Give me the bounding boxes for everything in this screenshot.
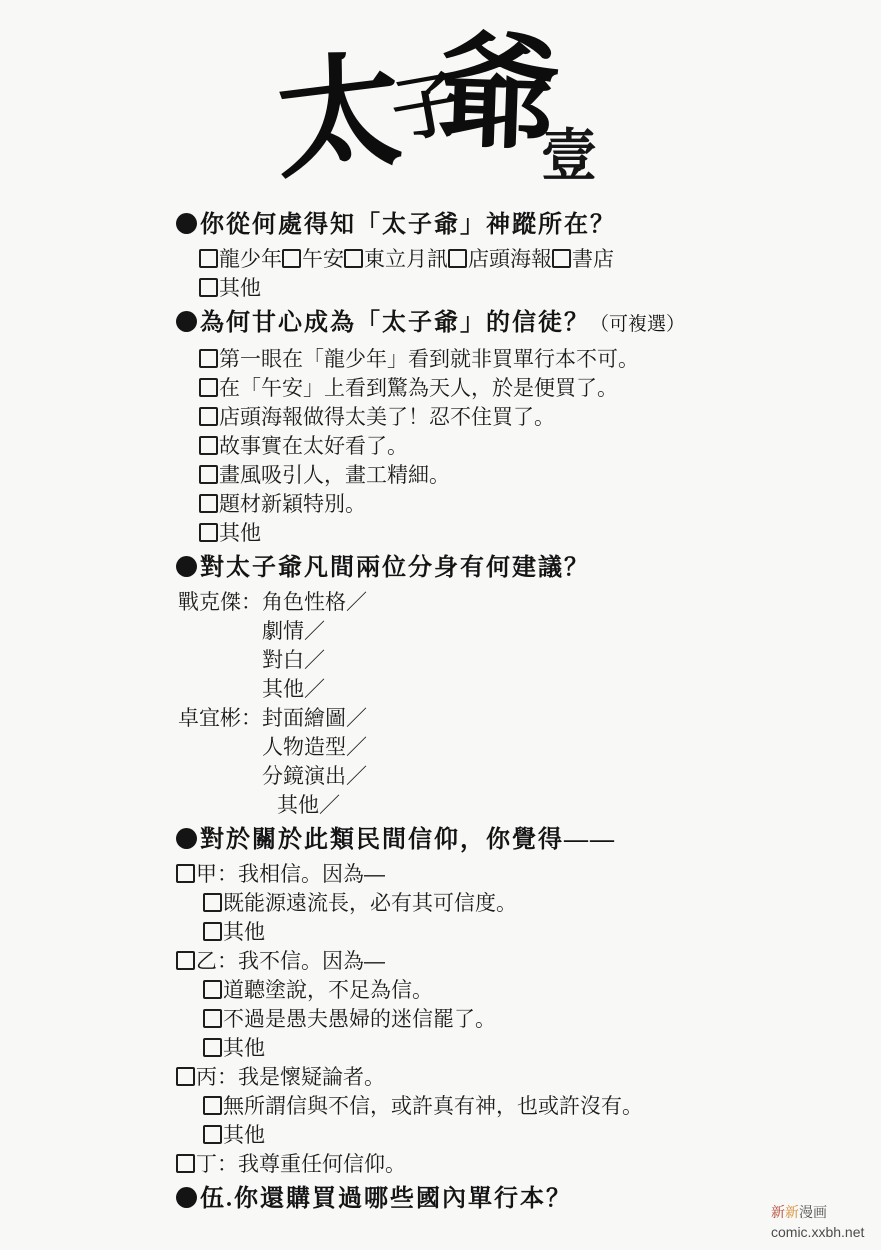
question-3-heading: 對太子爺凡間兩位分身有何建議？ xyxy=(176,548,881,588)
question-4-heading-text: 對於關於此類民間信仰，你覺得—— xyxy=(200,827,616,853)
option-label: 不過是愚夫愚婦的迷信罷了。 xyxy=(223,1008,496,1031)
option-label: 午安 xyxy=(302,248,344,271)
question-4-suboption: 既能源遠流長，必有其可信度。 xyxy=(203,889,881,918)
question-2-note: （可複選） xyxy=(590,314,685,335)
checkbox xyxy=(176,1067,195,1086)
person-name: 戰克傑： xyxy=(178,591,262,614)
group-label: 甲：我相信。因為— xyxy=(196,863,385,886)
option-label: 其他 xyxy=(223,1037,265,1060)
question-2-option: 店頭海報做得太美了！忍不住買了。 xyxy=(199,403,881,432)
section-bullet-icon xyxy=(176,311,197,332)
question-2-option: 畫風吸引人，畫工精細。 xyxy=(199,461,881,490)
option-label: 在「午安」上看到驚為天人，於是便買了。 xyxy=(219,377,618,400)
person-name: 卓宜彬： xyxy=(178,707,262,730)
checkbox xyxy=(344,249,363,268)
suggestion-field: 角色性格／ xyxy=(262,591,367,614)
checkbox xyxy=(176,1154,195,1173)
checkbox xyxy=(199,349,218,368)
question-4-suboption: 其他 xyxy=(203,918,881,947)
option-label: 其他 xyxy=(219,522,261,545)
section-bullet-icon xyxy=(176,556,197,577)
question-4-group-a: 甲：我相信。因為— xyxy=(176,860,881,889)
suggestion-field-row: 其他／ xyxy=(262,675,881,704)
group-label: 乙：我不信。因為— xyxy=(196,950,385,973)
checkbox xyxy=(203,893,222,912)
group-label: 丙：我是懷疑論者。 xyxy=(196,1066,385,1089)
site-brand-char-2: 新 xyxy=(785,1204,799,1220)
section-bullet-icon xyxy=(176,213,197,234)
checkbox xyxy=(203,1096,222,1115)
question-1-options-row: 龍少年午安東立月訊店頭海報書店 xyxy=(199,245,881,274)
checkbox xyxy=(176,864,195,883)
title-block: 太 子 爺 壹 xyxy=(0,0,881,205)
suggestion-field-row: 分鏡演出／ xyxy=(262,762,881,791)
suggestion-field-row: 其他／ xyxy=(277,791,881,820)
checkbox xyxy=(199,249,218,268)
checkbox xyxy=(203,980,222,999)
question-4-group-d: 丁：我尊重任何信仰。 xyxy=(176,1150,881,1179)
option-label: 龍少年 xyxy=(219,248,282,271)
section-bullet-icon xyxy=(176,1187,197,1208)
checkbox xyxy=(199,378,218,397)
question-1-heading: 你從何處得知「太子爺」神蹤所在？ xyxy=(176,205,881,245)
checkbox xyxy=(203,1009,222,1028)
option-label: 題材新穎特別。 xyxy=(219,493,366,516)
checkbox xyxy=(282,249,301,268)
question-2-option: 題材新穎特別。 xyxy=(199,490,881,519)
question-5-heading-text: 伍.你還購買過哪些國內單行本？ xyxy=(200,1186,572,1212)
suggestion-field-row: 劇情／ xyxy=(262,617,881,646)
suggestion-row-person1: 戰克傑：角色性格／ xyxy=(178,588,881,617)
question-1-heading-text: 你從何處得知「太子爺」神蹤所在？ xyxy=(200,212,616,238)
question-4-suboption: 道聽塗說，不足為信。 xyxy=(203,976,881,1005)
checkbox xyxy=(199,494,218,513)
question-2-heading-text: 為何甘心成為「太子爺」的信徒？ xyxy=(200,310,590,336)
checkbox xyxy=(203,922,222,941)
scanned-survey-page: 太 子 爺 壹 你從何處得知「太子爺」神蹤所在？ 龍少年午安東立月訊店頭海報書店… xyxy=(0,0,881,1250)
option-label: 其他 xyxy=(223,1124,265,1147)
suggestion-field-row: 人物造型／ xyxy=(262,733,881,762)
question-4-heading: 對於關於此類民間信仰，你覺得—— xyxy=(176,820,881,860)
suggestion-field: 封面繪圖／ xyxy=(262,707,367,730)
option-label: 其他 xyxy=(223,921,265,944)
site-brand-char-1: 新 xyxy=(771,1204,785,1220)
option-label: 無所謂信與不信，或許真有神，也或許沒有。 xyxy=(223,1095,643,1118)
question-4-suboption: 其他 xyxy=(203,1121,881,1150)
checkbox xyxy=(199,436,218,455)
question-4-suboption: 無所謂信與不信，或許真有神，也或許沒有。 xyxy=(203,1092,881,1121)
question-4-suboption: 其他 xyxy=(203,1034,881,1063)
suggestion-row-person2: 卓宜彬：封面繪圖／ xyxy=(178,704,881,733)
checkbox xyxy=(552,249,571,268)
question-2-option: 在「午安」上看到驚為天人，於是便買了。 xyxy=(199,374,881,403)
question-1-other-row: 其他 xyxy=(199,274,881,303)
option-label: 既能源遠流長，必有其可信度。 xyxy=(223,892,517,915)
question-4-suboption: 不過是愚夫愚婦的迷信罷了。 xyxy=(203,1005,881,1034)
option-label: 書店 xyxy=(572,248,614,271)
checkbox xyxy=(199,523,218,542)
question-2-heading: 為何甘心成為「太子爺」的信徒？（可複選） xyxy=(176,303,881,345)
option-label: 店頭海報 xyxy=(468,248,552,271)
question-4-group-b: 乙：我不信。因為— xyxy=(176,947,881,976)
section-bullet-icon xyxy=(176,828,197,849)
option-label: 東立月訊 xyxy=(364,248,448,271)
checkbox xyxy=(199,465,218,484)
option-label: 道聽塗說，不足為信。 xyxy=(223,979,433,1002)
question-4-group-c: 丙：我是懷疑論者。 xyxy=(176,1063,881,1092)
group-label: 丁：我尊重任何信仰。 xyxy=(196,1153,406,1176)
question-3-heading-text: 對太子爺凡間兩位分身有何建議？ xyxy=(200,555,590,581)
title-calligraphy-char-1: 太 xyxy=(273,44,405,185)
question-2-option: 故事實在太好看了。 xyxy=(199,432,881,461)
checkbox xyxy=(203,1038,222,1057)
suggestion-field-row: 對白／ xyxy=(262,646,881,675)
checkbox xyxy=(203,1125,222,1144)
site-url: comic.xxbh.net xyxy=(771,1222,864,1242)
option-label: 其他 xyxy=(219,277,261,300)
checkbox xyxy=(199,407,218,426)
question-2-option: 其他 xyxy=(199,519,881,548)
checkbox xyxy=(448,249,467,268)
question-2-option: 第一眼在「龍少年」看到就非買單行本不可。 xyxy=(199,345,881,374)
option-label: 店頭海報做得太美了！忍不住買了。 xyxy=(219,406,555,429)
option-label: 第一眼在「龍少年」看到就非買單行本不可。 xyxy=(219,348,639,371)
option-label: 故事實在太好看了。 xyxy=(219,435,408,458)
site-brand-rest: 漫画 xyxy=(799,1204,827,1220)
volume-number-label: 壹 xyxy=(541,128,597,184)
checkbox xyxy=(199,278,218,297)
checkbox xyxy=(176,951,195,970)
site-brand: 新新漫画 xyxy=(771,1202,864,1222)
option-label: 畫風吸引人，畫工精細。 xyxy=(219,464,450,487)
site-watermark: 新新漫画 comic.xxbh.net xyxy=(771,1202,864,1242)
